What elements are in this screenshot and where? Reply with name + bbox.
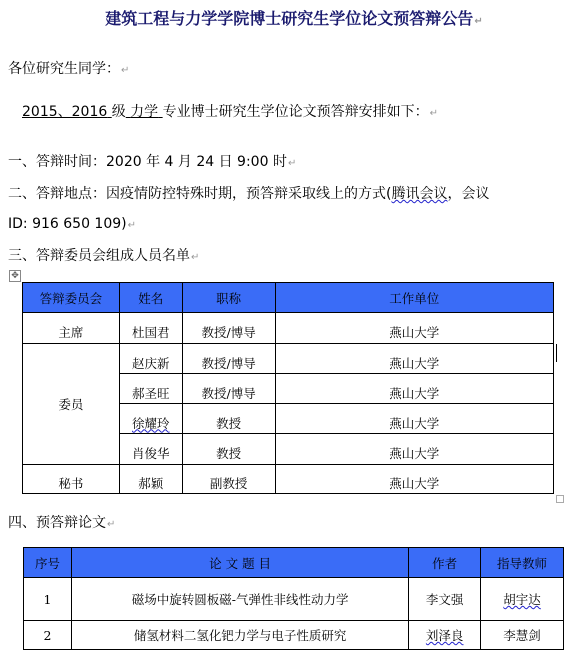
meeting-id: ID: 916 650 109)↵	[8, 216, 136, 232]
text-cursor	[556, 344, 557, 362]
header-title: 职称	[182, 283, 275, 313]
header-author: 作者	[409, 548, 481, 578]
document-title: 建筑工程与力学学院博士研究生学位论文预答辩公告↵	[0, 6, 588, 29]
table-row: 2 储氢材料二氢化钯力学与电子性质研究 刘泽良 李慧剑	[24, 621, 564, 650]
tencent-meeting: 腾讯会议	[391, 186, 447, 202]
thesis-heading: 四、预答辩论文↵	[8, 512, 115, 532]
salutation: 各位研究生同学：↵	[8, 58, 129, 78]
header-committee: 答辩委员会	[23, 283, 120, 313]
paragraph-mark-icon: ↵	[191, 252, 199, 263]
table-move-handle-icon[interactable]: ✥	[9, 270, 21, 282]
header-name: 姓名	[119, 283, 182, 313]
intro-major: 力学	[130, 104, 158, 120]
intro-grades: 2015、2016	[22, 104, 107, 120]
table-row: 秘书 郝颖 副教授 燕山大学	[23, 465, 554, 494]
table-resize-handle-icon[interactable]	[556, 495, 564, 503]
defense-place: 二、答辩地点：因疫情防控特殊时期，预答辩采取线上的方式(腾讯会议，会议	[8, 183, 489, 203]
intro-grade-suffix: 级	[112, 104, 126, 120]
intro-rest: 专业博士研究生学位论文预答辩安排如下：	[163, 104, 429, 120]
paragraph-mark-icon: ↵	[288, 158, 296, 169]
paragraph-mark-icon: ↵	[128, 220, 136, 231]
paragraph-mark-icon: ↵	[474, 16, 482, 27]
table-row: 1 磁场中旋转圆板磁-气弹性非线性动力学 李文强 胡宇达	[24, 578, 564, 621]
header-advisor: 指导教师	[481, 548, 564, 578]
thesis-table: 序号 论 文 题 目 作者 指导教师 1 磁场中旋转圆板磁-气弹性非线性动力学 …	[23, 547, 564, 650]
defense-time: 一、答辩时间：2020 年 4 月 24 日 9:00 时↵	[8, 151, 296, 171]
paragraph-mark-icon: ↵	[107, 519, 115, 530]
header-no: 序号	[24, 548, 72, 578]
header-topic: 论 文 题 目	[71, 548, 408, 578]
committee-table: 答辩委员会 姓名 职称 工作单位 主席 杜国君 教授/博导 燕山大学 委员 赵庆…	[22, 282, 554, 494]
thesis-header-row: 序号 论 文 题 目 作者 指导教师	[24, 548, 564, 578]
paragraph-mark-icon: ↵	[430, 108, 438, 119]
header-unit: 工作单位	[275, 283, 553, 313]
committee-header-row: 答辩委员会 姓名 职称 工作单位	[23, 283, 554, 313]
table-row: 委员 赵庆新 教授/博导 燕山大学	[23, 344, 554, 374]
committee-heading: 三、答辩委员会组成人员名单↵	[8, 245, 199, 265]
paragraph-mark-icon: ↵	[121, 65, 129, 76]
table-row: 主席 杜国君 教授/博导 燕山大学	[23, 313, 554, 344]
intro-paragraph: 2015、2016 级 力学 专业博士研究生学位论文预答辩安排如下：↵	[22, 101, 438, 121]
